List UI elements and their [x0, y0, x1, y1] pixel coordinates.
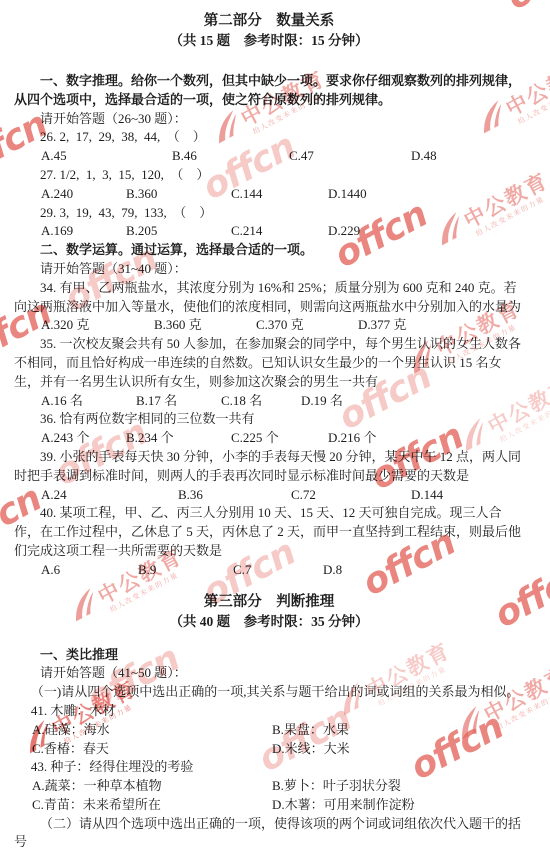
- question-35-stem: 35. 一次校友聚会共有 50 人参加，在参加聚会的同学中，每个男生认识的女生人…: [14, 335, 524, 391]
- part2-limit: （共 15 题 参考时限：15 分钟）: [14, 31, 524, 50]
- option-c: C.144: [231, 185, 328, 204]
- part3-instruction-1: （一)请从四个选项中选出正确的一项,其关系与题干给出的词或词组的关系最为相似。: [14, 683, 524, 702]
- option-a: A.45: [41, 147, 172, 166]
- option-d: D.216 个: [328, 429, 376, 448]
- option-a: A.243 个: [41, 429, 126, 448]
- option-d: D.1440: [328, 185, 367, 204]
- option-c: C.7: [233, 561, 323, 580]
- option-d: D.144: [411, 486, 443, 505]
- part3-section1-start: 请开始答题（41~50 题）：: [14, 664, 524, 683]
- question-26-options: A.45 B.46 C.47 D.48: [41, 147, 524, 166]
- option-d: D.48: [411, 147, 437, 166]
- option-c: C.47: [289, 147, 411, 166]
- exam-page: 第二部分 数量关系 （共 15 题 参考时限：15 分钟） 一、数字推理。给你一…: [0, 0, 550, 853]
- question-43-stem: 43. 种子：经得住埋没的考验: [14, 758, 524, 777]
- question-41-stem: 41. 木雕：木材: [14, 702, 524, 721]
- option-c: C.72: [291, 486, 411, 505]
- option-a: A.169: [41, 222, 126, 241]
- part3-limit: （共 40 题 参考时限：35 分钟）: [14, 612, 524, 631]
- part3-section1-heading: 一、类比推理: [14, 646, 524, 665]
- exam-document: 第二部分 数量关系 （共 15 题 参考时限：15 分钟） 一、数字推理。给你一…: [0, 0, 550, 852]
- question-27-stem: 27. 1/2, 1, 3, 15, 120, （ ）: [14, 166, 524, 185]
- question-43-options-row2: C.青苗：未来希望所在 D.木薯：可用来制作淀粉: [32, 796, 524, 815]
- option-d: D.木薯：可用来制作淀粉: [272, 796, 415, 815]
- option-d: D.229: [328, 222, 360, 241]
- option-a: A.6: [41, 561, 138, 580]
- option-d: D.377 克: [358, 316, 406, 335]
- question-27-options: A.240 B.360 C.144 D.1440: [41, 185, 524, 204]
- part2-title: 第二部分 数量关系: [14, 12, 524, 31]
- question-29-stem: 29. 3, 19, 43, 79, 133, （ ）: [14, 204, 524, 223]
- option-b: B.9: [138, 561, 233, 580]
- option-a: A.24: [41, 486, 178, 505]
- question-39-stem: 39. 小张的手表每天快 30 分钟，小李的手表每天慢 20 分钟，某天中午 1…: [14, 448, 524, 486]
- option-b: B.萝卜：叶子羽状分裂: [272, 777, 401, 796]
- option-c: C.香椿：春天: [32, 740, 272, 759]
- option-b: B.205: [126, 222, 231, 241]
- question-26-stem: 26. 2, 17, 29, 38, 44, （ ）: [14, 128, 524, 147]
- option-b: B.36: [178, 486, 291, 505]
- part2-section1-heading: 一、数字推理。给你一个数列，但其中缺少一项。要求你仔细观察数列的排列规律，从四个…: [14, 72, 524, 110]
- option-c: C.青苗：未来希望所在: [32, 796, 272, 815]
- question-41-options-row2: C.香椿：春天 D.米线：大米: [32, 740, 524, 759]
- part2-section1-start: 请开始答题（26~30 题）：: [14, 110, 524, 129]
- question-40-options: A.6 B.9 C.7 D.8: [41, 561, 524, 580]
- question-36-stem: 36. 恰有两位数字相同的三位数一共有: [14, 410, 524, 429]
- option-a: A.240: [41, 185, 126, 204]
- question-36-options: A.243 个 B.234 个 C.225 个 D.216 个: [41, 429, 524, 448]
- option-a: A.16 名: [41, 392, 136, 411]
- part3-title: 第三部分 判断推理: [14, 593, 524, 612]
- option-b: B.234 个: [126, 429, 231, 448]
- question-35-options: A.16 名 B.17 名 C.18 名 D.19 名: [41, 392, 524, 411]
- question-39-options: A.24 B.36 C.72 D.144: [41, 486, 524, 505]
- option-a: A.蔬菜：一种草本植物: [32, 777, 272, 796]
- question-41-options-row1: A.硅藻：海水 B.果盘：水果: [32, 721, 524, 740]
- option-c: C.225 个: [231, 429, 328, 448]
- part3-instruction-2: （二）请从四个选项中选出正确的一项，使得该项的两个词或词组依次代入题干的括号: [14, 815, 524, 853]
- option-a: A.硅藻：海水: [32, 721, 272, 740]
- option-c: C.370 克: [256, 316, 358, 335]
- option-a: A.320 克: [41, 316, 154, 335]
- option-c: C.214: [231, 222, 328, 241]
- option-b: B.果盘：水果: [272, 721, 349, 740]
- question-34-stem: 34. 有甲、乙两瓶盐水，其浓度分别为 16%和 25%；质量分别为 600 克…: [14, 279, 524, 317]
- option-d: D.19 名: [301, 392, 343, 411]
- question-29-options: A.169 B.205 C.214 D.229: [41, 222, 524, 241]
- option-d: D.米线：大米: [272, 740, 350, 759]
- question-43-options-row1: A.蔬菜：一种草本植物 B.萝卜：叶子羽状分裂: [32, 777, 524, 796]
- option-b: B.17 名: [136, 392, 221, 411]
- question-34-options: A.320 克 B.360 克 C.370 克 D.377 克: [41, 316, 524, 335]
- part2-section2-heading: 二、数学运算。通过运算，选择最合适的一项。: [14, 241, 524, 260]
- option-c: C.18 名: [221, 392, 301, 411]
- option-b: B.46: [172, 147, 289, 166]
- part2-section2-start: 请开始答题（31~40 题）：: [14, 260, 524, 279]
- option-b: B.360: [126, 185, 231, 204]
- option-b: B.360 克: [154, 316, 256, 335]
- option-d: D.8: [323, 561, 342, 580]
- question-40-stem: 40. 某项工程，甲、乙、丙三人分别用 10 天、15 天、12 天可独自完成。…: [14, 504, 524, 560]
